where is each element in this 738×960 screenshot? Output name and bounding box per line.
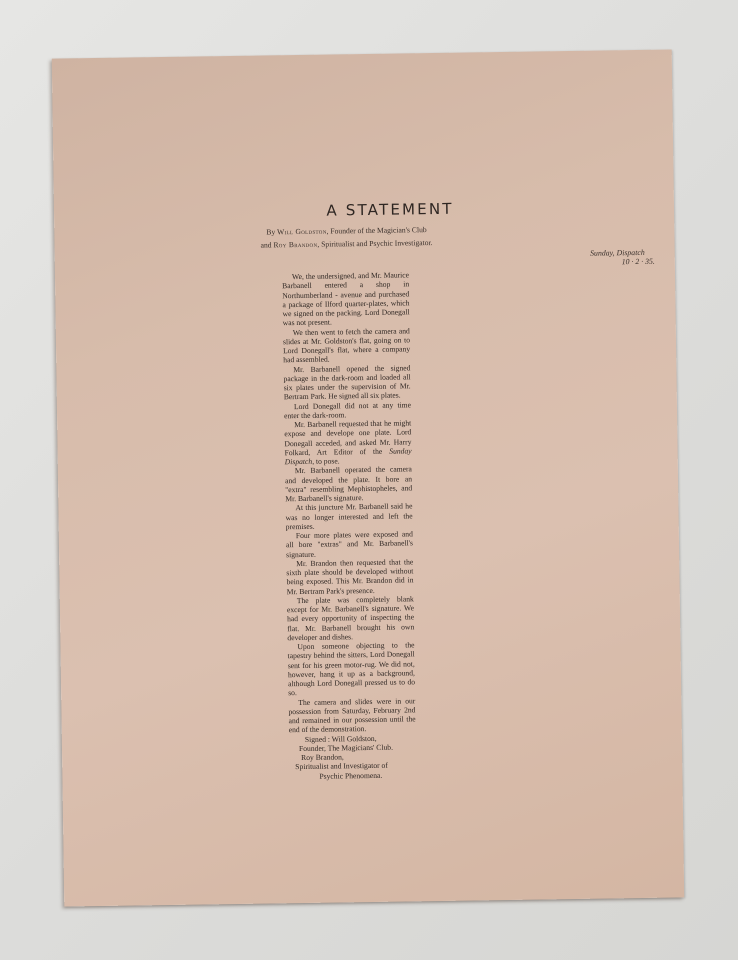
byline-prefix: By <box>266 227 275 236</box>
paragraph: Four more plates were exposed and all bo… <box>286 529 413 559</box>
paper-sheet: A STATEMENT By Will Goldston, Founder of… <box>52 49 685 906</box>
author-role-brandon: , Spiritualist and Psychic Investigator. <box>317 238 432 249</box>
paragraph: Upon someone objecting to the tapestry b… <box>287 640 415 697</box>
paragraph: The plate was completely blank except fo… <box>287 594 415 642</box>
author-name-goldston: Will Goldston <box>277 227 327 237</box>
document-title: A STATEMENT <box>54 196 674 223</box>
handwritten-date: 10 · 2 · 35. <box>595 257 655 267</box>
paragraph: We, the undersigned, and Mr. Maurice Bar… <box>282 270 410 327</box>
paragraph: Mr. Barbanell operated the camera and de… <box>285 465 413 504</box>
signature-block: Signed : Will Goldston, Founder, The Mag… <box>289 733 417 781</box>
paragraph: We then went to fetch the camera and sli… <box>283 326 411 365</box>
paragraph: Lord Donegall did not at any time enter … <box>284 400 411 420</box>
author-name-brandon: Roy Brandon <box>273 240 317 250</box>
paragraph: Mr. Barbanell opened the signed package … <box>283 363 411 402</box>
paragraph-tail: , to pose. <box>312 456 340 465</box>
signature-line: Psychic Phenomena. <box>289 770 416 781</box>
statement-body: We, the undersigned, and Mr. Maurice Bar… <box>282 270 417 781</box>
byline-conjunction: and <box>260 240 271 249</box>
paragraph: At this juncture Mr. Barbanell said he w… <box>285 502 412 532</box>
paragraph: Mr. Brandon then requested that the sixt… <box>286 557 414 596</box>
author-role-goldston: , Founder of the Magician's Club <box>327 225 427 235</box>
paragraph: Mr. Barbanell requested that he might ex… <box>284 418 412 466</box>
paragraph: The camera and slides were in our posses… <box>288 696 416 735</box>
byline: By Will Goldston, Founder of the Magicia… <box>266 220 606 251</box>
